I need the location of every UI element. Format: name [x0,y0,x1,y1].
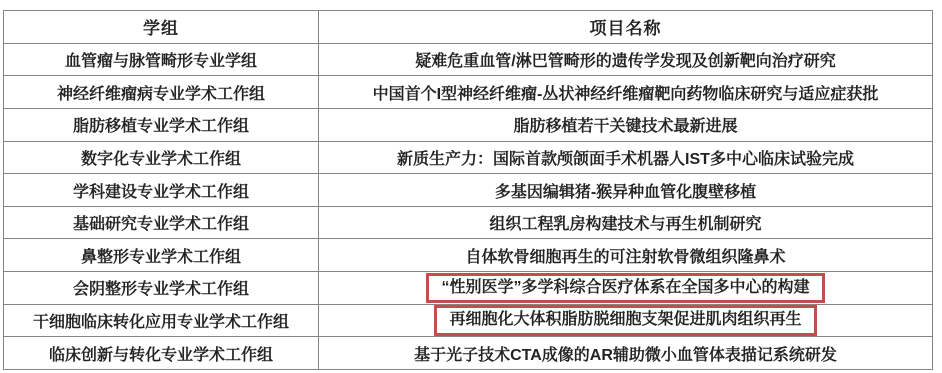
project-cell: 自体软骨细胞再生的可注射软骨微组织隆鼻术 [319,239,932,271]
group-cell: 数字化专业学术工作组 [4,142,319,174]
group-cell: 会阴整形专业学术工作组 [4,272,319,304]
project-cell: 中国首个I型神经纤维瘤-丛状神经纤维瘤靶向药物临床研究与适应症获批 [319,76,932,108]
highlight-box: 再细胞化大体积脂肪脱细胞支架促进肌肉组织再生 [434,305,816,336]
project-cell: 脂肪移植若干关键技术最新进展 [319,109,932,141]
table-row: 基础研究专业学术工作组 组织工程乳房构建技术与再生机制研究 [4,207,932,240]
table-row: 干细胞临床转化应用专业学术工作组 再细胞化大体积脂肪脱细胞支架促进肌肉组织再生 [4,305,932,338]
project-text: “性别医学”多学科综合医疗体系在全国多中心的构建 [441,278,809,299]
project-table: 学组 项目名称 血管瘤与脉管畸形专业学组 疑难危重血管/淋巴管畸形的遗传学发现及… [3,10,933,370]
table-row: 血管瘤与脉管畸形专业学组 疑难危重血管/淋巴管畸形的遗传学发现及创新靶向治疗研究 [4,44,932,77]
table-row: 数字化专业学术工作组 新质生产力：国际首款颅颌面手术机器人IST多中心临床试验完… [4,142,932,175]
page: 学组 项目名称 血管瘤与脉管畸形专业学组 疑难危重血管/淋巴管畸形的遗传学发现及… [0,0,942,373]
group-cell: 临床创新与转化专业学术工作组 [4,337,319,369]
table-header-row: 学组 项目名称 [4,11,932,44]
table-row: 鼻整形专业学术工作组 自体软骨细胞再生的可注射软骨微组织隆鼻术 [4,239,932,272]
highlight-box: “性别医学”多学科综合医疗体系在全国多中心的构建 [426,273,824,304]
project-cell: 再细胞化大体积脂肪脱细胞支架促进肌肉组织再生 [319,305,932,337]
table-row: 会阴整形专业学术工作组 “性别医学”多学科综合医疗体系在全国多中心的构建 [4,272,932,305]
project-text: 再细胞化大体积脂肪脱细胞支架促进肌肉组织再生 [449,310,801,331]
table-row: 脂肪移植专业学术工作组 脂肪移植若干关键技术最新进展 [4,109,932,142]
project-cell: 新质生产力：国际首款颅颌面手术机器人IST多中心临床试验完成 [319,142,932,174]
header-project: 项目名称 [319,11,932,43]
table-row: 临床创新与转化专业学术工作组 基于光子技术CTA成像的AR辅助微小血管体表描记系… [4,337,932,369]
project-cell: 组织工程乳房构建技术与再生机制研究 [319,207,932,239]
project-cell: 疑难危重血管/淋巴管畸形的遗传学发现及创新靶向治疗研究 [319,44,932,76]
group-cell: 神经纤维瘤病专业学术工作组 [4,76,319,108]
project-cell: 基于光子技术CTA成像的AR辅助微小血管体表描记系统研发 [319,337,932,369]
group-cell: 学科建设专业学术工作组 [4,174,319,206]
group-cell: 血管瘤与脉管畸形专业学组 [4,44,319,76]
header-group: 学组 [4,11,319,43]
group-cell: 脂肪移植专业学术工作组 [4,109,319,141]
group-cell: 干细胞临床转化应用专业学术工作组 [4,305,319,337]
group-cell: 鼻整形专业学术工作组 [4,239,319,271]
group-cell: 基础研究专业学术工作组 [4,207,319,239]
table-row: 学科建设专业学术工作组 多基因编辑猪-猴异种血管化腹壁移植 [4,174,932,207]
table-row: 神经纤维瘤病专业学术工作组 中国首个I型神经纤维瘤-丛状神经纤维瘤靶向药物临床研… [4,76,932,109]
project-cell: 多基因编辑猪-猴异种血管化腹壁移植 [319,174,932,206]
project-cell: “性别医学”多学科综合医疗体系在全国多中心的构建 [319,272,932,304]
